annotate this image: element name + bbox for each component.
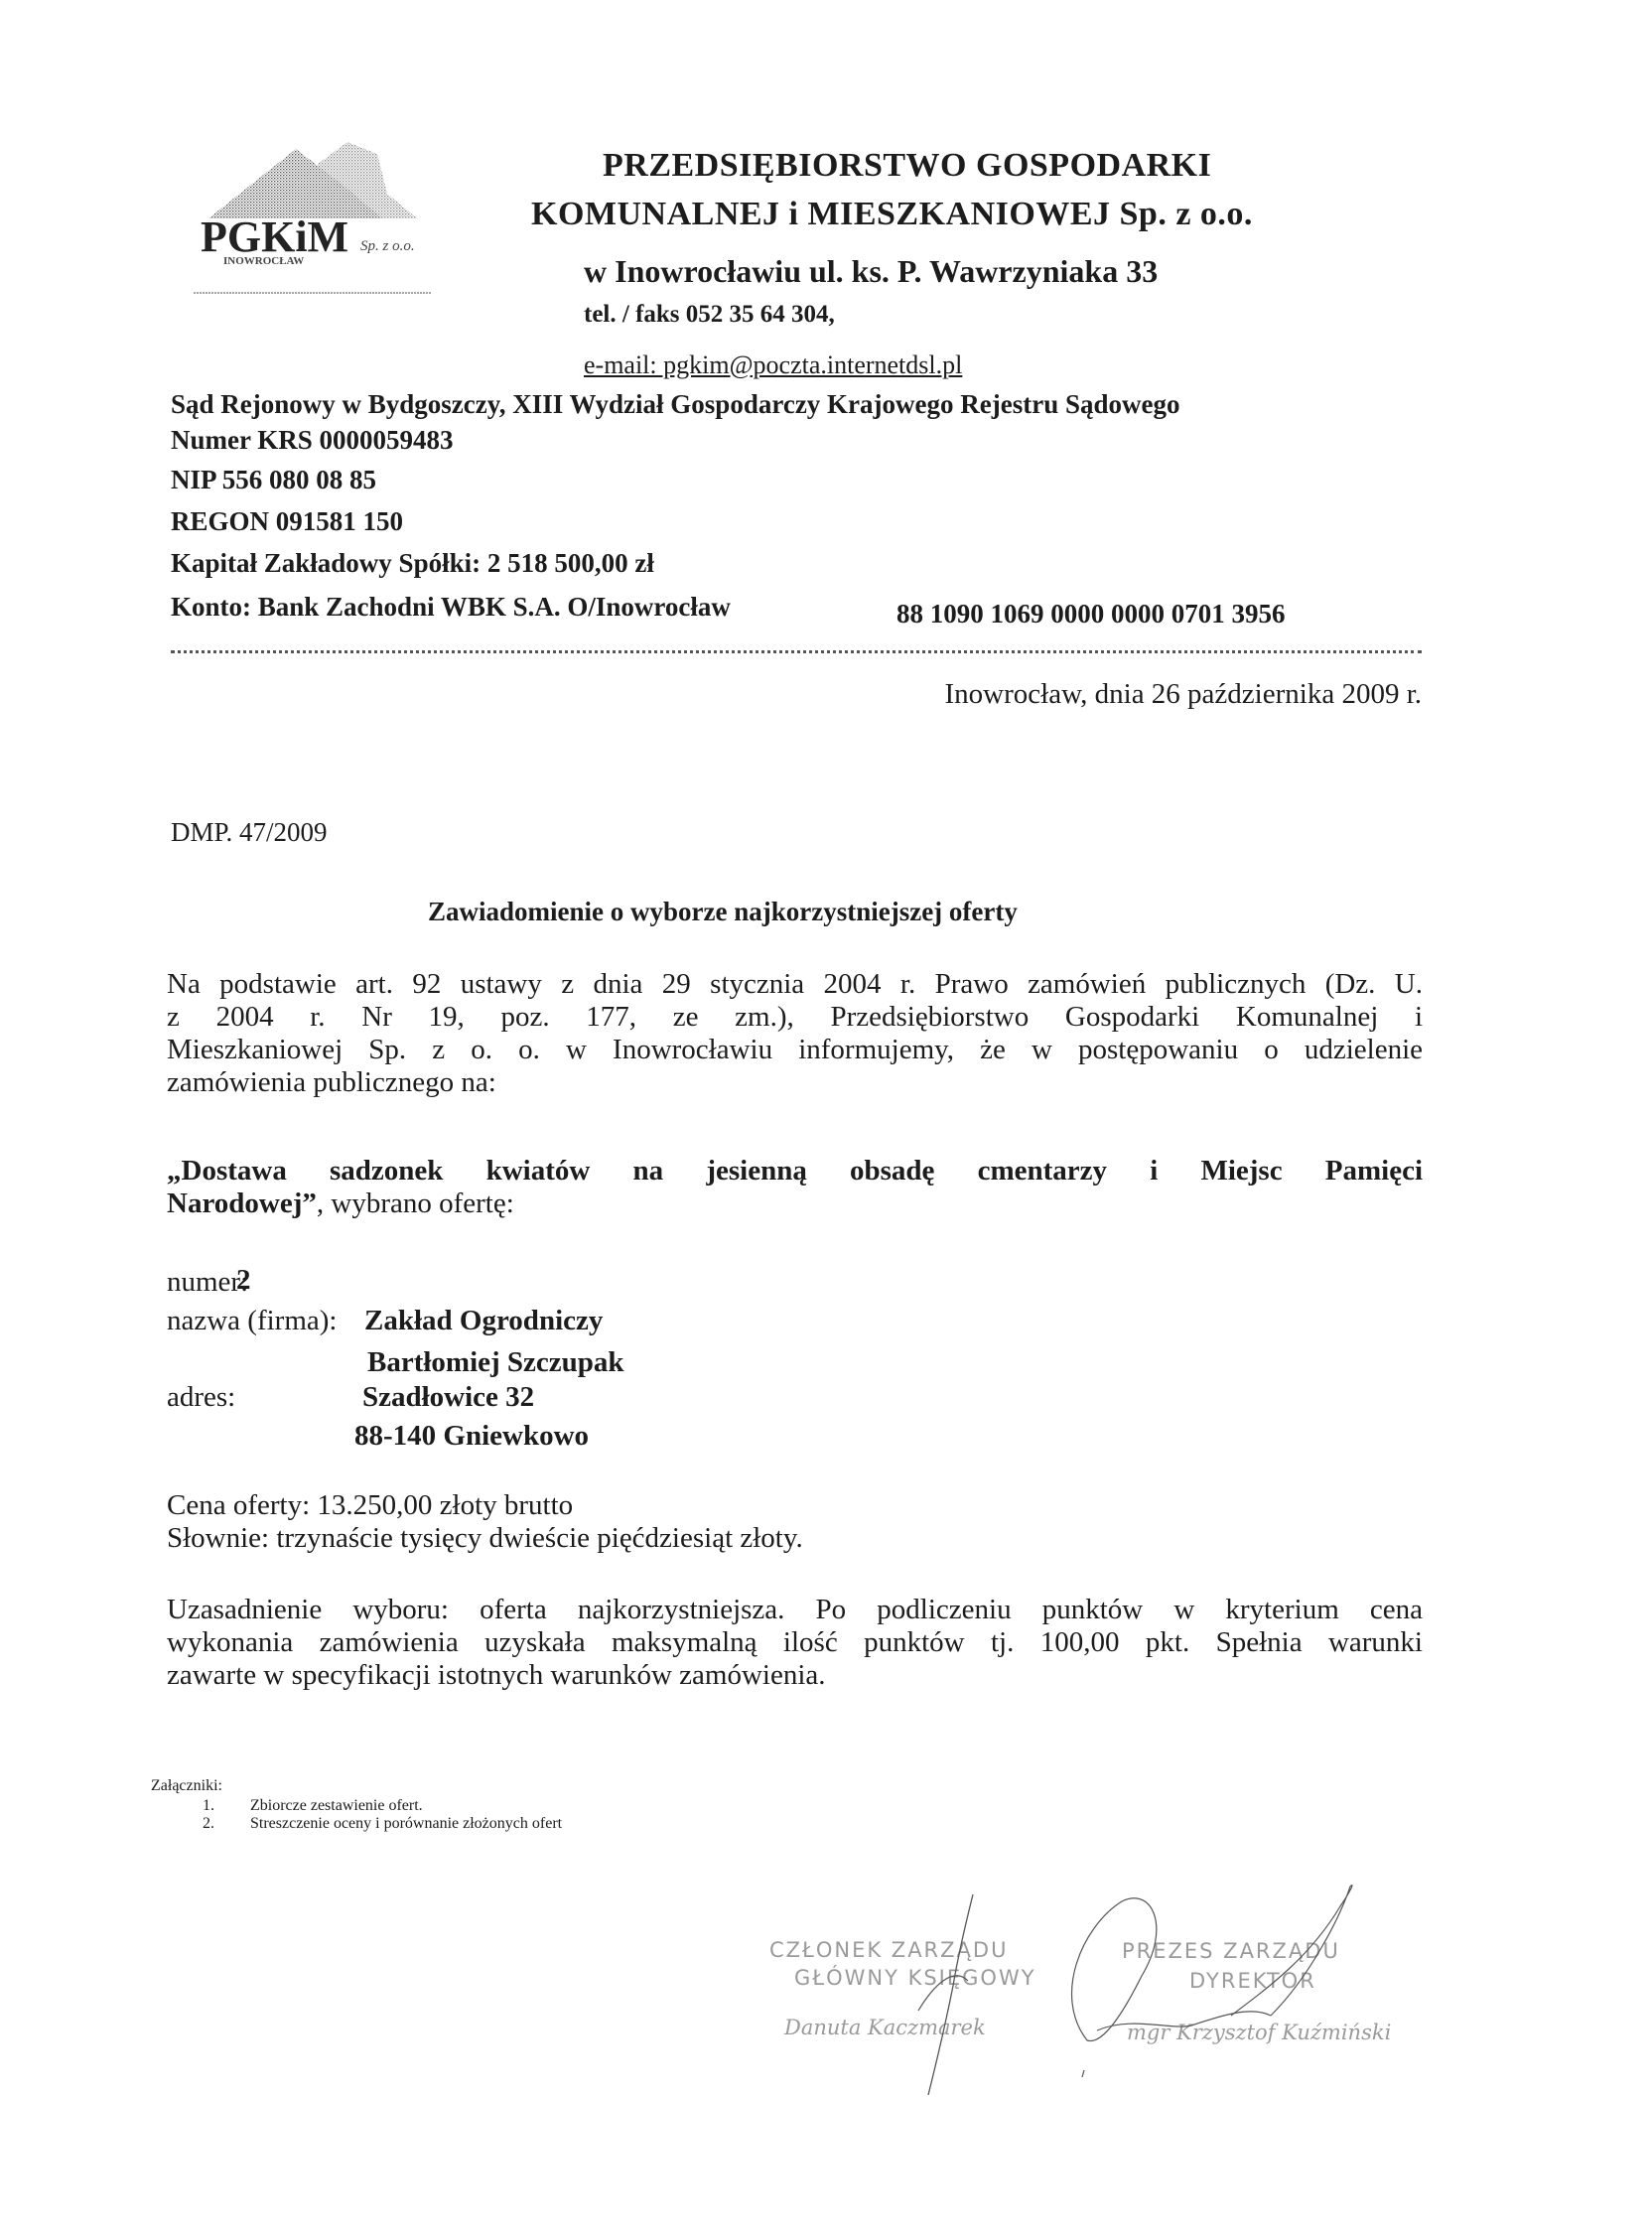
document-number: DMP. 47/2009 bbox=[171, 817, 328, 848]
attachment-number: 1. bbox=[203, 1797, 214, 1815]
offer-price: Cena oferty: 13.250,00 złoty brutto bbox=[167, 1489, 573, 1522]
offer-name-label: nazwa (firma): bbox=[167, 1305, 337, 1337]
svg-text:Sp. z o.o.: Sp. z o.o. bbox=[360, 238, 415, 254]
mountains-icon: PGKiM Sp. z o.o. INOWROCŁAW bbox=[179, 124, 477, 303]
registry-capital: Kapitał Zakładowy Spółki: 2 518 500,00 z… bbox=[171, 548, 654, 579]
attachment-number: 2. bbox=[203, 1815, 214, 1833]
offer-address-label: adres: bbox=[167, 1381, 235, 1414]
justification-paragraph: Uzasadnienie wyboru: oferta najkorzystni… bbox=[167, 1594, 1423, 1692]
company-name-line2: KOMUNALNEJ i MIESZKANIOWEJ Sp. z o.o. bbox=[531, 196, 1253, 233]
offer-name-line1: Zakład Ogrodniczy bbox=[364, 1305, 603, 1337]
handwritten-signatures-icon bbox=[755, 1867, 1469, 2105]
logo-mark: PGKiM bbox=[201, 212, 348, 261]
registry-account-number: 88 1090 1069 0000 0000 0701 3956 bbox=[896, 599, 1286, 629]
company-address: w Inowrocławiu ul. ks. P. Wawrzyniaka 33 bbox=[584, 253, 1158, 290]
offer-price-words: Słownie: trzynaście tysięcy dwieście pię… bbox=[167, 1522, 803, 1555]
attachment-item: Streszczenie oceny i porównanie złożonyc… bbox=[250, 1815, 562, 1833]
registry-court: Sąd Rejonowy w Bydgoszczy, XIII Wydział … bbox=[171, 389, 1179, 420]
offer-name-line2: Bartłomiej Szczupak bbox=[367, 1346, 624, 1379]
intro-paragraph: Na podstawie art. 92 ustawy z dnia 29 st… bbox=[167, 968, 1423, 1099]
attachment-item: Zbiorcze zestawienie ofert. bbox=[250, 1797, 423, 1815]
company-logo: PGKiM Sp. z o.o. INOWROCŁAW bbox=[179, 124, 477, 303]
document-title: Zawiadomienie o wyborze najkorzystniejsz… bbox=[428, 897, 1018, 927]
procurement-subject: „Dostawa sadzonek kwiatów na jesienną ob… bbox=[167, 1155, 1423, 1220]
company-phone: tel. / faks 052 35 64 304, bbox=[584, 301, 835, 329]
date-line: Inowrocław, dnia 26 października 2009 r. bbox=[945, 678, 1422, 711]
company-email-link[interactable]: e-mail: pgkim@poczta.internetdsl.pl bbox=[584, 350, 962, 380]
registry-regon: REGON 091581 150 bbox=[171, 506, 403, 537]
offer-number-value: 2 bbox=[236, 1264, 251, 1297]
header-divider bbox=[171, 650, 1422, 653]
registry-krs: Numer KRS 0000059483 bbox=[171, 425, 454, 456]
svg-text:INOWROCŁAW: INOWROCŁAW bbox=[223, 255, 304, 267]
offer-address-line2: 88-140 Gniewkowo bbox=[354, 1420, 589, 1453]
company-name-line1: PRZEDSIĘBIORSTWO GOSPODARKI bbox=[603, 147, 1211, 185]
registry-account-label: Konto: Bank Zachodni WBK S.A. O/Inowrocł… bbox=[171, 592, 731, 623]
offer-address-line1: Szadłowice 32 bbox=[362, 1381, 534, 1414]
attachments-label: Załączniki: bbox=[151, 1777, 222, 1795]
registry-nip: NIP 556 080 08 85 bbox=[171, 465, 376, 495]
